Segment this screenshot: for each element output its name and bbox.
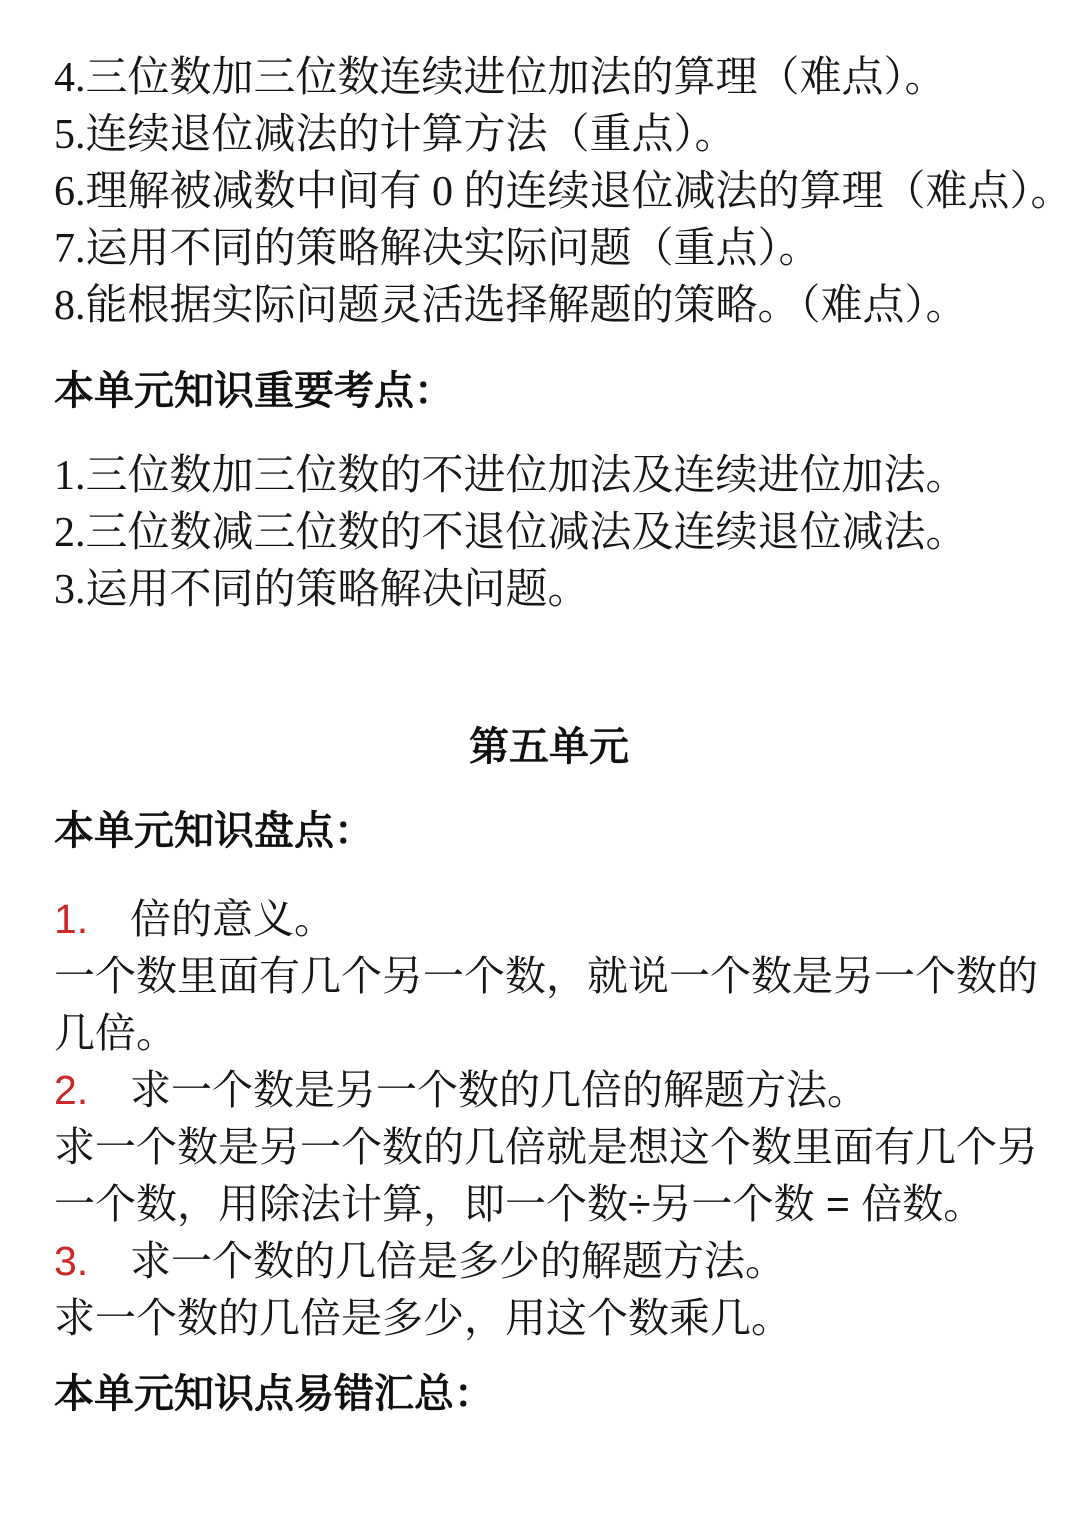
unit5-errors-heading: 本单元知识点易错汇总：: [54, 1370, 1044, 1418]
unit5-knowledge-list: 1.倍的意义。 一个数里面有几个另一个数，就说一个数是另一个数的 几倍。 2.求…: [54, 891, 1044, 1347]
document-page: 4.三位数加三位数连续进位加法的算理（难点）。 5.连续退位减法的计算方法（重点…: [0, 0, 1080, 1527]
unit5-item-1-body-line-1: 一个数里面有几个另一个数，就说一个数是另一个数的: [54, 948, 1044, 1005]
red-list-number-2: 2.: [54, 1062, 130, 1119]
objective-item-4: 4.三位数加三位数连续进位加法的算理（难点）。: [54, 50, 1044, 107]
unit4-key-points-heading: 本单元知识重要考点：: [54, 367, 1044, 415]
unit5-item-3-title-line: 3.求一个数的几倍是多少的解题方法。: [54, 1233, 1044, 1290]
unit5-item-2-body-line-1: 求一个数是另一个数的几倍就是想这个数里面有几个另: [54, 1119, 1044, 1176]
unit5-item-2-body-line-2: 一个数，用除法计算，即一个数÷另一个数 = 倍数。: [54, 1176, 1044, 1233]
unit5-item-2-title-line: 2.求一个数是另一个数的几倍的解题方法。: [54, 1062, 1044, 1119]
unit5-item-3-title: 求一个数的几倍是多少的解题方法。: [130, 1238, 786, 1284]
unit5-item-1-title-line: 1.倍的意义。: [54, 891, 1044, 948]
unit4-objectives-list: 4.三位数加三位数连续进位加法的算理（难点）。 5.连续退位减法的计算方法（重点…: [54, 50, 1044, 335]
objective-item-5: 5.连续退位减法的计算方法（重点）。: [54, 107, 1044, 164]
objective-item-6: 6.理解被减数中间有 0 的连续退位减法的算理（难点）。: [54, 164, 1044, 221]
red-list-number-3: 3.: [54, 1233, 130, 1290]
key-point-item-1: 1.三位数加三位数的不进位加法及连续进位加法。: [54, 448, 1044, 505]
unit5-item-1-title: 倍的意义。: [130, 896, 335, 942]
unit5-overview-heading: 本单元知识盘点：: [54, 807, 1044, 855]
unit5-item-3-body-line-1: 求一个数的几倍是多少，用这个数乘几。: [54, 1290, 1044, 1347]
objective-item-8: 8.能根据实际问题灵活选择解题的策略。（难点）。: [54, 278, 1044, 335]
objective-item-7: 7.运用不同的策略解决实际问题（重点）。: [54, 221, 1044, 278]
unit5-item-1-body-line-2: 几倍。: [54, 1005, 1044, 1062]
key-point-item-3: 3.运用不同的策略解决问题。: [54, 562, 1044, 619]
unit5-item-2-title: 求一个数是另一个数的几倍的解题方法。: [130, 1067, 868, 1113]
key-point-item-2: 2.三位数减三位数的不退位减法及连续退位减法。: [54, 505, 1044, 562]
unit5-title: 第五单元: [54, 723, 1044, 771]
unit4-key-points-list: 1.三位数加三位数的不进位加法及连续进位加法。 2.三位数减三位数的不退位减法及…: [54, 448, 1044, 619]
red-list-number-1: 1.: [54, 891, 130, 948]
